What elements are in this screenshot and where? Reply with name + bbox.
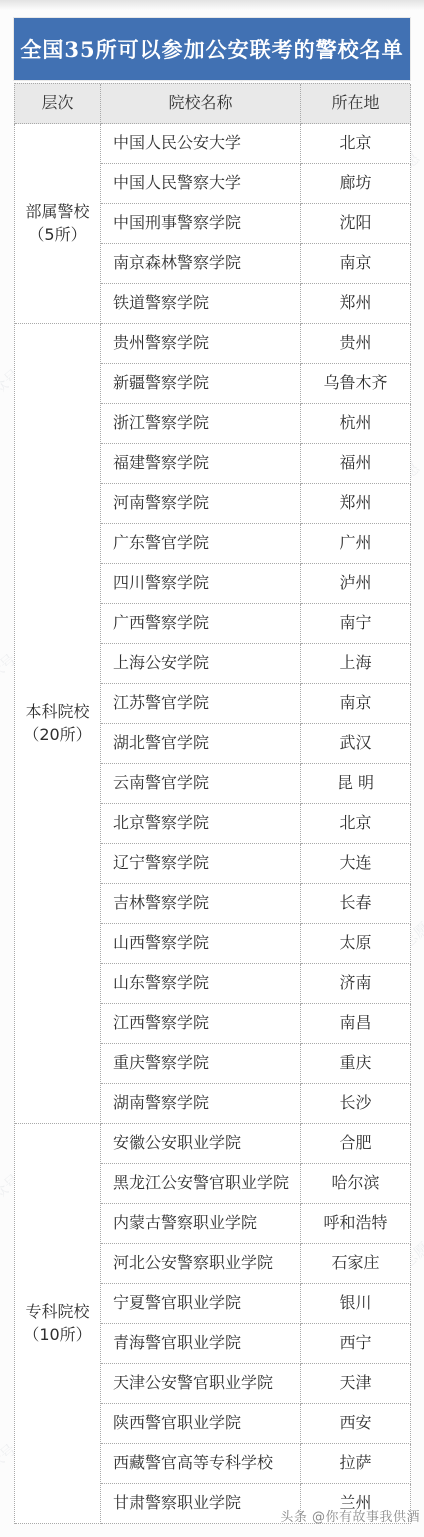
level-name: 本科院校 bbox=[25, 701, 89, 723]
city-cell: 合肥 bbox=[301, 1124, 411, 1164]
city-cell: 北京 bbox=[301, 804, 411, 844]
school-name-cell: 广东警官学院 bbox=[101, 524, 301, 564]
city-cell: 大连 bbox=[301, 844, 411, 884]
city-cell: 天津 bbox=[301, 1364, 411, 1404]
school-name-cell: 上海公安学院 bbox=[101, 644, 301, 684]
school-name-cell: 陕西警官职业学院 bbox=[101, 1404, 301, 1444]
school-name-cell: 吉林警察学院 bbox=[101, 884, 301, 924]
level-cell: 本科院校（20所） bbox=[15, 324, 101, 1124]
police-academy-table: 全国35所可以参加公安联考的警校名单 层次 院校名称 所在地 部属警校（5所）中… bbox=[14, 18, 410, 1524]
level-cell: 专科院校（10所） bbox=[15, 1124, 101, 1524]
city-cell: 济南 bbox=[301, 964, 411, 1004]
school-name-cell: 内蒙古警察职业学院 bbox=[101, 1204, 301, 1244]
column-header-level: 层次 bbox=[15, 84, 101, 124]
level-cell: 部属警校（5所） bbox=[15, 124, 101, 324]
table-title-text: 全国35所可以参加公安联考的警校名单 bbox=[20, 34, 403, 64]
school-name-cell: 西藏警官高等专科学校 bbox=[101, 1444, 301, 1484]
city-cell: 呼和浩特 bbox=[301, 1204, 411, 1244]
school-name-cell: 河北公安警察职业学院 bbox=[101, 1244, 301, 1284]
city-cell: 北京 bbox=[301, 124, 411, 164]
city-cell: 南京 bbox=[301, 684, 411, 724]
city-cell: 武汉 bbox=[301, 724, 411, 764]
city-cell: 太原 bbox=[301, 924, 411, 964]
table-header-row: 层次 院校名称 所在地 bbox=[14, 83, 410, 124]
school-name-cell: 中国刑事警察学院 bbox=[101, 204, 301, 244]
level-name: 部属警校 bbox=[25, 201, 89, 223]
school-name-cell: 青海警官职业学院 bbox=[101, 1324, 301, 1364]
city-cell: 南昌 bbox=[301, 1004, 411, 1044]
school-name-cell: 黑龙江公安警官职业学院 bbox=[101, 1164, 301, 1204]
level-count: （20所） bbox=[23, 724, 91, 746]
city-cell: 西安 bbox=[301, 1404, 411, 1444]
school-name-cell: 安徽公安职业学院 bbox=[101, 1124, 301, 1164]
city-cell: 福州 bbox=[301, 444, 411, 484]
city-cell: 贵州 bbox=[301, 324, 411, 364]
city-cell: 廊坊 bbox=[301, 164, 411, 204]
city-cell: 南宁 bbox=[301, 604, 411, 644]
school-name-cell: 南京森林警察学院 bbox=[101, 244, 301, 284]
school-name-cell: 浙江警察学院 bbox=[101, 404, 301, 444]
city-cell: 广州 bbox=[301, 524, 411, 564]
city-cell: 石家庄 bbox=[301, 1244, 411, 1284]
table-body: 部属警校（5所）中国人民公安大学北京中国人民警察大学廊坊中国刑事警察学院沈阳南京… bbox=[14, 124, 410, 1524]
school-name-cell: 广西警察学院 bbox=[101, 604, 301, 644]
city-cell: 郑州 bbox=[301, 484, 411, 524]
city-cell: 重庆 bbox=[301, 1044, 411, 1084]
school-name-cell: 重庆警察学院 bbox=[101, 1044, 301, 1084]
city-cell: 拉萨 bbox=[301, 1444, 411, 1484]
school-name-cell: 中国人民公安大学 bbox=[101, 124, 301, 164]
school-name-cell: 新疆警察学院 bbox=[101, 364, 301, 404]
level-count: （10所） bbox=[23, 1324, 91, 1346]
school-name-cell: 福建警察学院 bbox=[101, 444, 301, 484]
school-name-cell: 山西警察学院 bbox=[101, 924, 301, 964]
column-header-school: 院校名称 bbox=[101, 84, 301, 124]
city-cell: 长沙 bbox=[301, 1084, 411, 1124]
city-cell: 银川 bbox=[301, 1284, 411, 1324]
school-name-cell: 北京警察学院 bbox=[101, 804, 301, 844]
school-name-cell: 贵州警察学院 bbox=[101, 324, 301, 364]
column-header-location: 所在地 bbox=[301, 84, 411, 124]
school-name-cell: 辽宁警察学院 bbox=[101, 844, 301, 884]
school-name-cell: 云南警官学院 bbox=[101, 764, 301, 804]
city-cell: 郑州 bbox=[301, 284, 411, 324]
level-count: （5所） bbox=[28, 224, 86, 246]
city-cell: 昆 明 bbox=[301, 764, 411, 804]
school-name-cell: 山东警察学院 bbox=[101, 964, 301, 1004]
school-name-cell: 天津公安警官职业学院 bbox=[101, 1364, 301, 1404]
school-name-cell: 铁道警察学院 bbox=[101, 284, 301, 324]
school-name-cell: 湖南警察学院 bbox=[101, 1084, 301, 1124]
city-cell: 杭州 bbox=[301, 404, 411, 444]
school-name-cell: 江苏警官学院 bbox=[101, 684, 301, 724]
city-cell: 泸州 bbox=[301, 564, 411, 604]
city-cell: 上海 bbox=[301, 644, 411, 684]
city-cell: 南京 bbox=[301, 244, 411, 284]
credit-watermark: 头条 @你有故事我供酒 bbox=[280, 1506, 420, 1525]
city-cell: 乌鲁木齐 bbox=[301, 364, 411, 404]
photo-edge-artifact bbox=[0, 0, 424, 10]
school-name-cell: 四川警察学院 bbox=[101, 564, 301, 604]
school-name-cell: 河南警察学院 bbox=[101, 484, 301, 524]
school-name-cell: 湖北警官学院 bbox=[101, 724, 301, 764]
level-name: 专科院校 bbox=[25, 1301, 89, 1323]
school-name-cell: 甘肃警察职业学院 bbox=[101, 1484, 301, 1524]
city-cell: 沈阳 bbox=[301, 204, 411, 244]
table-title: 全国35所可以参加公安联考的警校名单 bbox=[14, 18, 410, 80]
city-cell: 西宁 bbox=[301, 1324, 411, 1364]
school-name-cell: 中国人民警察大学 bbox=[101, 164, 301, 204]
city-cell: 长春 bbox=[301, 884, 411, 924]
city-cell: 哈尔滨 bbox=[301, 1164, 411, 1204]
school-name-cell: 江西警察学院 bbox=[101, 1004, 301, 1044]
school-name-cell: 宁夏警官职业学院 bbox=[101, 1284, 301, 1324]
